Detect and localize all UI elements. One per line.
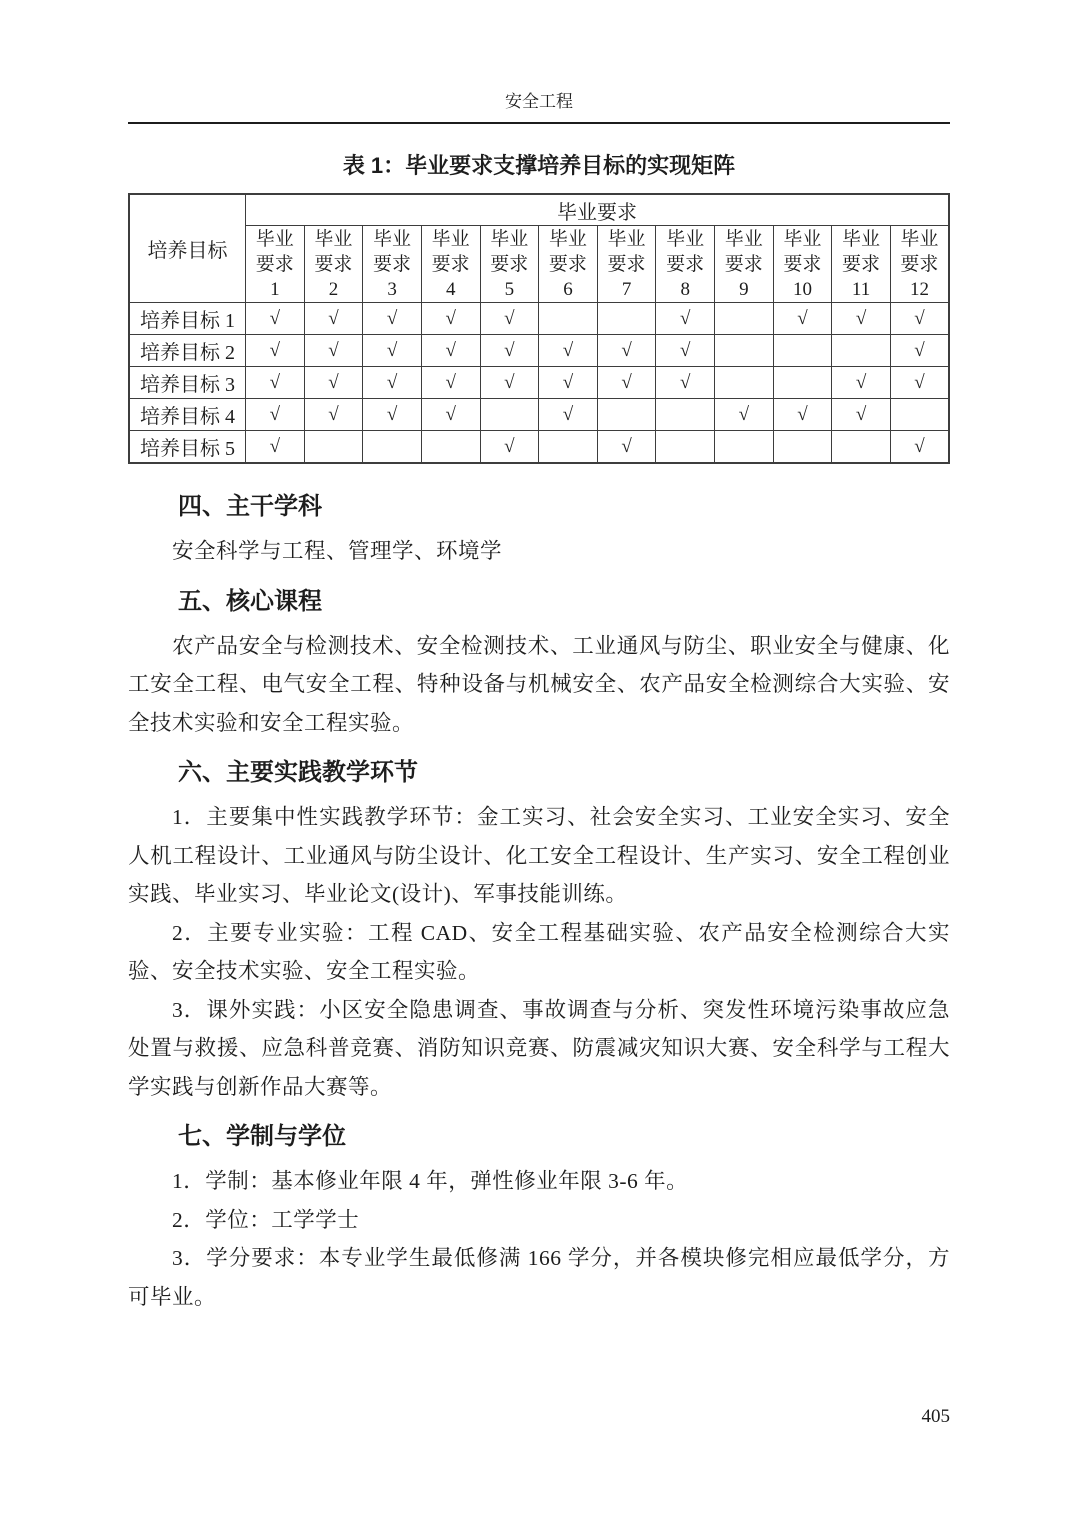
check-cell: √ (480, 367, 539, 399)
col-header-row: 毕业要求1毕业要求2毕业要求3毕业要求4毕业要求5毕业要求6毕业要求7毕业要求8… (129, 226, 949, 303)
empty-cell (539, 431, 598, 464)
running-head: 安全工程 (128, 92, 950, 124)
matrix-body: 培养目标 1√√√√√√√√√培养目标 2√√√√√√√√√培养目标 3√√√√… (129, 303, 949, 464)
col-header-requirement-10: 毕业要求10 (773, 226, 832, 303)
paragraph-practice-1: 1．主要集中性实践教学环节：金工实习、社会安全实习、工业安全实习、安全人机工程设… (128, 798, 950, 914)
check-cell: √ (597, 367, 656, 399)
check-cell: √ (363, 367, 422, 399)
check-cell: √ (246, 399, 305, 431)
paragraph-degree: 2．学位：工学学士 (128, 1201, 950, 1240)
row-label: 培养目标 1 (129, 303, 246, 335)
section-heading-core-courses: 五、核心课程 (178, 587, 950, 617)
empty-cell (304, 431, 363, 464)
check-cell: √ (363, 335, 422, 367)
check-cell: √ (656, 303, 715, 335)
check-cell: √ (304, 399, 363, 431)
check-cell: √ (421, 399, 480, 431)
empty-cell (480, 399, 539, 431)
check-cell: √ (304, 335, 363, 367)
col-header-requirement-12: 毕业要求12 (890, 226, 949, 303)
empty-cell (890, 399, 949, 431)
check-cell: √ (597, 431, 656, 464)
empty-cell (656, 431, 715, 464)
empty-cell (715, 303, 774, 335)
check-cell: √ (246, 303, 305, 335)
support-matrix-table: 培养目标 毕业要求 毕业要求1毕业要求2毕业要求3毕业要求4毕业要求5毕业要求6… (128, 193, 950, 464)
corner-header: 培养目标 (129, 194, 246, 303)
check-cell: √ (539, 399, 598, 431)
col-header-requirement-8: 毕业要求8 (656, 226, 715, 303)
empty-cell (832, 335, 891, 367)
check-cell: √ (832, 367, 891, 399)
check-cell: √ (773, 303, 832, 335)
page-number: 405 (922, 1406, 951, 1428)
col-header-requirement-11: 毕业要求11 (832, 226, 891, 303)
table-row: 培养目标 5√√√√ (129, 431, 949, 464)
empty-cell (773, 367, 832, 399)
check-cell: √ (304, 367, 363, 399)
empty-cell (832, 431, 891, 464)
col-header-requirement-4: 毕业要求4 (421, 226, 480, 303)
paragraph-credits: 3．学分要求：本专业学生最低修满 166 学分，并各模块修完相应最低学分，方可毕… (128, 1239, 950, 1316)
table-title: 表 1：毕业要求支撑培养目标的实现矩阵 (128, 152, 950, 180)
check-cell: √ (890, 303, 949, 335)
check-cell: √ (773, 399, 832, 431)
empty-cell (715, 335, 774, 367)
check-cell: √ (421, 335, 480, 367)
check-cell: √ (480, 431, 539, 464)
row-label: 培养目标 3 (129, 367, 246, 399)
table-row: 培养目标 1√√√√√√√√√ (129, 303, 949, 335)
row-label: 培养目标 5 (129, 431, 246, 464)
check-cell: √ (832, 303, 891, 335)
empty-cell (363, 431, 422, 464)
section-heading-main-disciplines: 四、主干学科 (178, 492, 950, 522)
empty-cell (773, 335, 832, 367)
table-row: 培养目标 3√√√√√√√√√√ (129, 367, 949, 399)
document-page: 安全工程 表 1：毕业要求支撑培养目标的实现矩阵 培养目标 毕业要求 毕业要求1… (0, 0, 1074, 1520)
col-header-requirement-2: 毕业要求2 (304, 226, 363, 303)
check-cell: √ (890, 431, 949, 464)
running-head-text: 安全工程 (505, 92, 573, 111)
group-header-row: 培养目标 毕业要求 (129, 194, 949, 226)
check-cell: √ (597, 335, 656, 367)
empty-cell (597, 303, 656, 335)
empty-cell (773, 431, 832, 464)
empty-cell (421, 431, 480, 464)
check-cell: √ (304, 303, 363, 335)
check-cell: √ (480, 335, 539, 367)
col-header-requirement-7: 毕业要求7 (597, 226, 656, 303)
check-cell: √ (715, 399, 774, 431)
empty-cell (597, 399, 656, 431)
check-cell: √ (363, 303, 422, 335)
check-cell: √ (421, 367, 480, 399)
check-cell: √ (246, 367, 305, 399)
empty-cell (715, 367, 774, 399)
check-cell: √ (363, 399, 422, 431)
empty-cell (656, 399, 715, 431)
table-row: 培养目标 2√√√√√√√√√ (129, 335, 949, 367)
paragraph-main-disciplines: 安全科学与工程、管理学、环境学 (128, 532, 950, 571)
paragraph-duration: 1．学制：基本修业年限 4 年，弹性修业年限 3-6 年。 (128, 1162, 950, 1201)
col-header-requirement-5: 毕业要求5 (480, 226, 539, 303)
matrix-header: 培养目标 毕业要求 毕业要求1毕业要求2毕业要求3毕业要求4毕业要求5毕业要求6… (129, 194, 949, 303)
check-cell: √ (246, 335, 305, 367)
check-cell: √ (539, 367, 598, 399)
check-cell: √ (480, 303, 539, 335)
paragraph-practice-3: 3．课外实践：小区安全隐患调查、事故调查与分析、突发性环境污染事故应急处置与救援… (128, 991, 950, 1107)
row-label: 培养目标 4 (129, 399, 246, 431)
group-header: 毕业要求 (246, 194, 950, 226)
col-header-requirement-3: 毕业要求3 (363, 226, 422, 303)
col-header-requirement-6: 毕业要求6 (539, 226, 598, 303)
col-header-requirement-9: 毕业要求9 (715, 226, 774, 303)
check-cell: √ (832, 399, 891, 431)
row-label: 培养目标 2 (129, 335, 246, 367)
section-heading-practice-teaching: 六、主要实践教学环节 (178, 758, 950, 788)
check-cell: √ (890, 367, 949, 399)
check-cell: √ (539, 335, 598, 367)
empty-cell (715, 431, 774, 464)
paragraph-core-courses: 农产品安全与检测技术、安全检测技术、工业通风与防尘、职业安全与健康、化工安全工程… (128, 627, 950, 743)
col-header-requirement-1: 毕业要求1 (246, 226, 305, 303)
section-heading-duration-degree: 七、学制与学位 (178, 1122, 950, 1152)
check-cell: √ (421, 303, 480, 335)
check-cell: √ (656, 367, 715, 399)
paragraph-practice-2: 2．主要专业实验：工程 CAD、安全工程基础实验、农产品安全检测综合大实验、安全… (128, 914, 950, 991)
check-cell: √ (890, 335, 949, 367)
check-cell: √ (246, 431, 305, 464)
check-cell: √ (656, 335, 715, 367)
table-row: 培养目标 4√√√√√√√√ (129, 399, 949, 431)
empty-cell (539, 303, 598, 335)
